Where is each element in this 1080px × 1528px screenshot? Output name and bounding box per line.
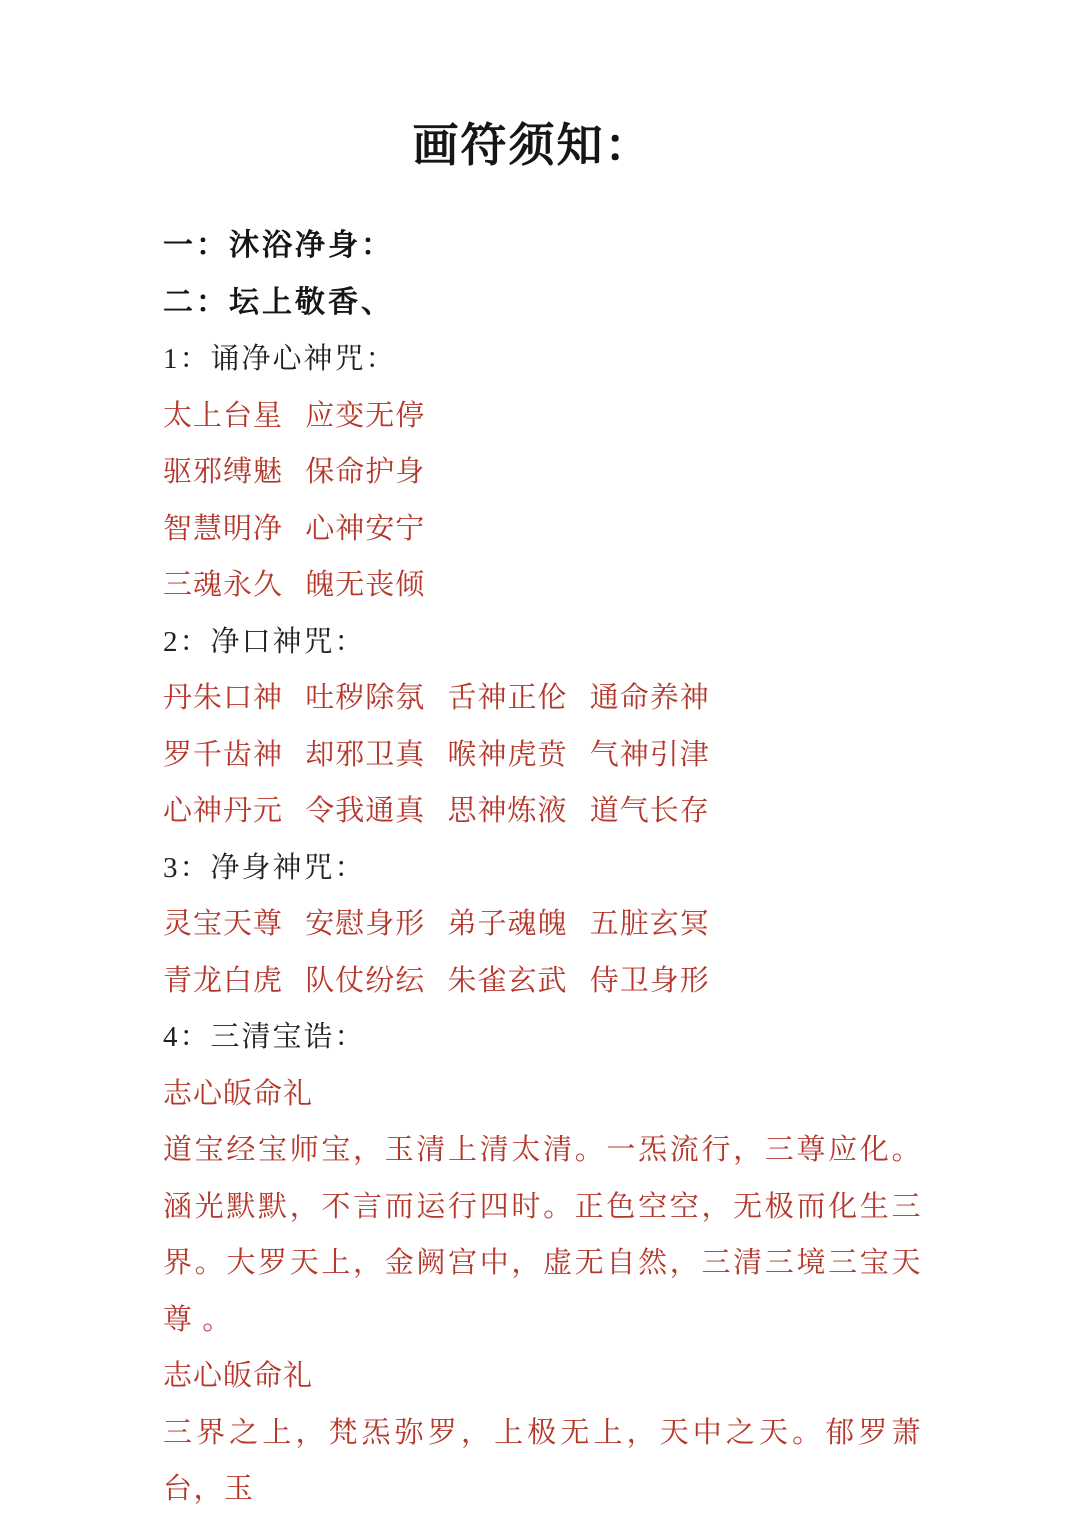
baogao-paragraph: 道宝经宝师宝，玉清上清太清。一炁流行，三尊应化。涵光默默，不言而运行四时。正色空… <box>163 1122 922 1348</box>
incantation-line: 灵宝天尊 安慰身形 弟子魂魄 五脏玄冥 <box>163 896 922 953</box>
section-label-mouth-mantra: 2：净口神咒： <box>163 614 922 671</box>
baogao-paragraph-truncated: 三界之上，梵炁弥罗，上极无上，天中之天。郁罗萧台，玉 <box>163 1405 922 1518</box>
heading-bathing: 一：沐浴净身： <box>163 218 922 275</box>
incantation-line: 心神丹元 令我通真 思神炼液 道气长存 <box>163 783 922 840</box>
document-page: 画符须知： 一：沐浴净身： 二：坛上敬香、 1：诵净心神咒： 太上台星 应变无停… <box>0 0 1080 1528</box>
incantation-line: 智慧明净 心神安宁 <box>163 501 922 558</box>
salutation-line: 志心皈命礼 <box>163 1348 922 1405</box>
section-label-sanqing-baogao: 4：三清宝诰： <box>163 1009 922 1066</box>
section-label-body-mantra: 3：净身神咒： <box>163 840 922 897</box>
incantation-line: 罗千齿神 却邪卫真 喉神虎贲 气神引津 <box>163 727 922 784</box>
incantation-line: 青龙白虎 队仗纷纭 朱雀玄武 侍卫身形 <box>163 953 922 1010</box>
incantation-line: 三魂永久 魄无丧倾 <box>163 557 922 614</box>
incantation-line: 太上台星 应变无停 <box>163 388 922 445</box>
heading-incense: 二：坛上敬香、 <box>163 275 922 332</box>
section-label-heart-mantra: 1：诵净心神咒： <box>163 331 922 388</box>
page-title: 画符须知： <box>163 118 922 173</box>
incantation-line: 丹朱口神 吐秽除氛 舌神正伦 通命养神 <box>163 670 922 727</box>
salutation-line: 志心皈命礼 <box>163 1066 922 1123</box>
incantation-line: 驱邪缚魅 保命护身 <box>163 444 922 501</box>
